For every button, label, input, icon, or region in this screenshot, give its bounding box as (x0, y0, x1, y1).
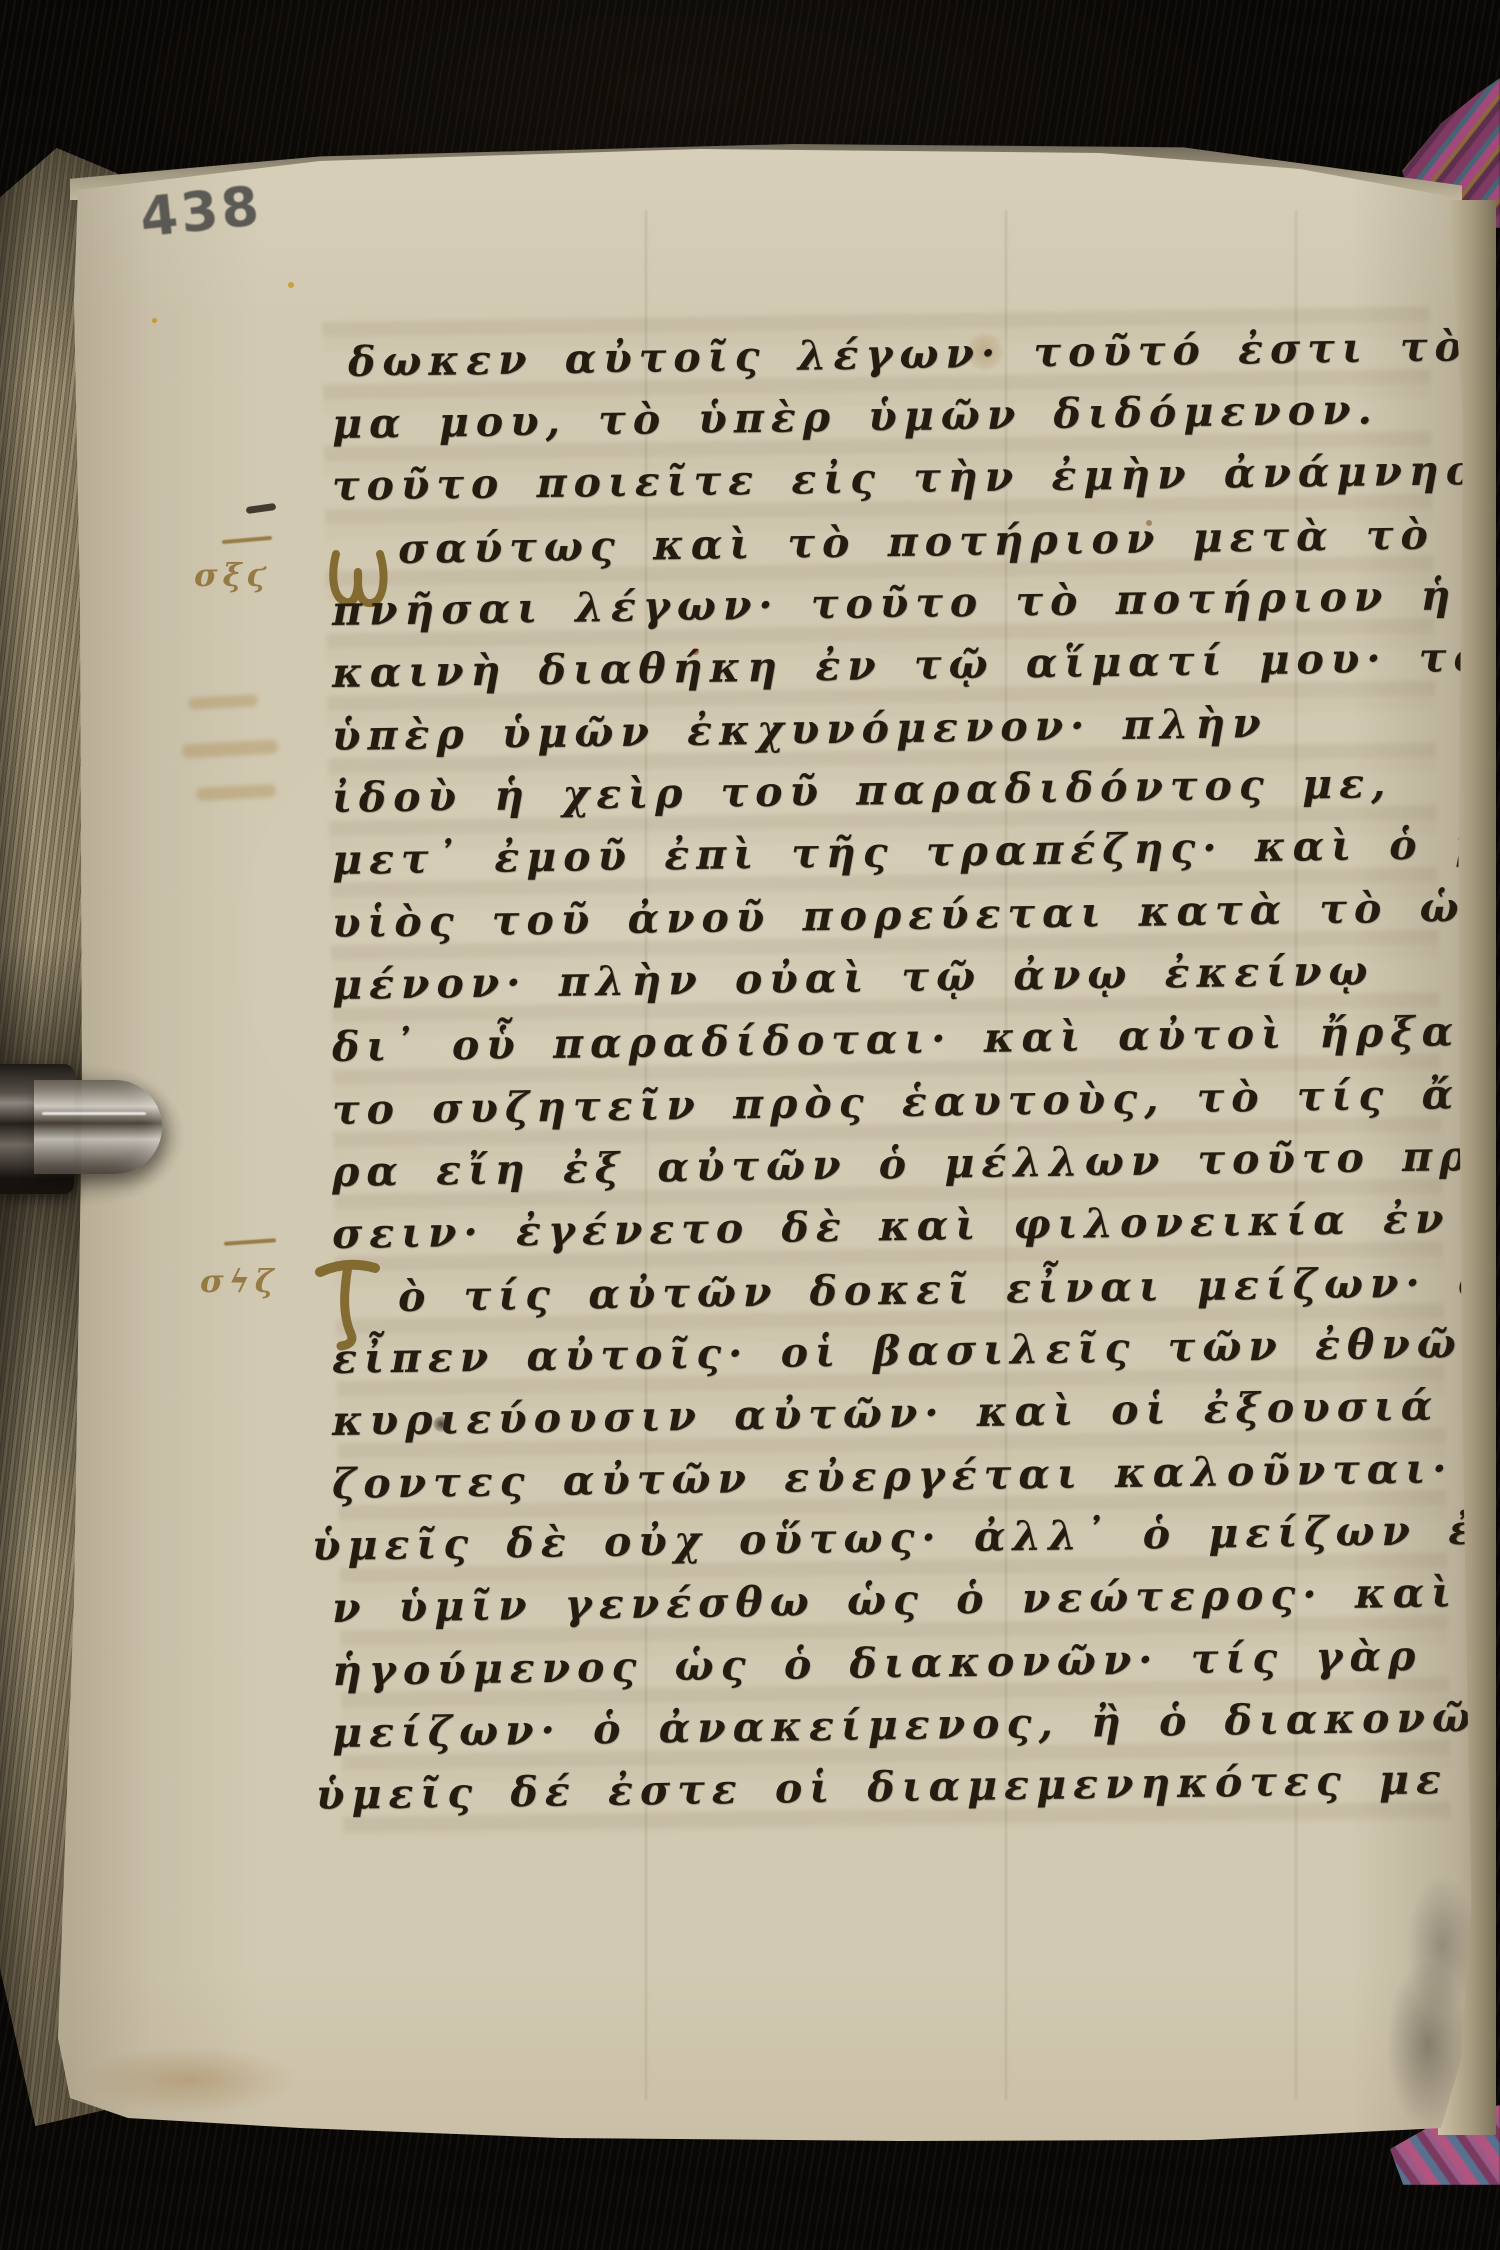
overline-mark (224, 1238, 276, 1246)
speck (288, 282, 294, 288)
folio-number: 438 (137, 174, 265, 249)
margin-ink-dash (246, 503, 277, 514)
faded-offset-mark (196, 784, 277, 801)
margin-section-number: σϟζ (200, 1262, 279, 1300)
manuscript-photo: 438 σξϛ σϟζ δωκεν αὐτοῖς λέγων· τοῦτό ἐσ… (0, 0, 1500, 2250)
speck (152, 318, 157, 323)
page-holder-clip-tip (34, 1080, 162, 1174)
overline-mark (222, 536, 272, 544)
faded-offset-mark (182, 739, 279, 758)
manuscript-page: 438 σξϛ σϟζ δωκεν αὐτοῖς λέγων· τοῦτό ἐσ… (0, 0, 1500, 2250)
margin-section-number: σξϛ (194, 556, 271, 594)
faded-offset-mark (188, 694, 259, 710)
